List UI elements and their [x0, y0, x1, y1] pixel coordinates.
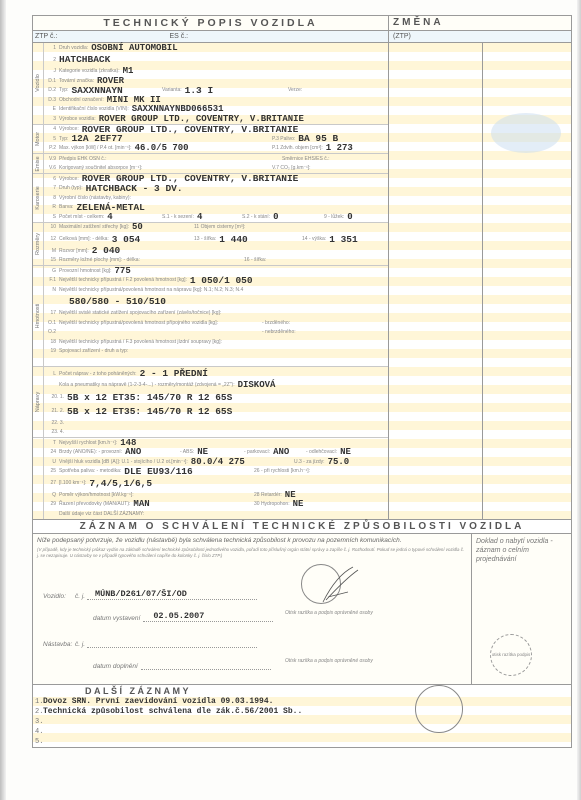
section-rozmery: Rozměry 10Maximální zatížení střechy [kg…	[33, 223, 388, 267]
approval-note: (V případě, kdy je technický průkaz vydá…	[37, 547, 465, 559]
field-num: O.1	[44, 320, 56, 326]
seats-total-value: 4	[107, 212, 112, 222]
vin-value: SAXXNNAYNBD066531	[132, 104, 224, 114]
field-label: Největší technicky přípustná / F.3 povol…	[59, 339, 222, 345]
field-num: 24	[44, 449, 56, 455]
section-label-napravy: Nápravy	[35, 392, 41, 412]
field-label: Vnější hluk vozidla [dB (A)]: U.1 - stoj…	[59, 459, 188, 465]
field-label: U.3 - za jízdy:	[294, 459, 325, 465]
acquisition-document-label: Doklad o nabytí vozidla - záznam o celní…	[476, 537, 567, 564]
supplement-date-label: datum doplnění	[93, 663, 138, 670]
approval-title: ZÁZNAM O SCHVÁLENÍ TECHNICKÉ ZPŮSOBILOST…	[33, 519, 571, 534]
field-label: Řazení převodovky (MAN/AUT):	[59, 501, 130, 507]
field-num: O.2	[44, 329, 56, 335]
vehicle-manufacturer-value: ROVER GROUP LTD., COVENTRY, V.BRITANIE	[99, 114, 304, 124]
berths-value: 0	[347, 212, 352, 222]
field-label: Spojovací zařízení - druh a typ:	[59, 348, 128, 354]
abs-value: NE	[197, 447, 208, 457]
field-label: 28 Retardér:	[254, 492, 282, 498]
field-label: Výrobce:	[59, 176, 79, 182]
field-num: 22. 3.	[44, 420, 64, 426]
section-label-emise: Emise	[35, 156, 41, 171]
field-label: Výrobce:	[59, 126, 79, 132]
field-label: Poměr výkon/hmotnost [kW.kg⁻¹]:	[59, 492, 134, 498]
vehicle-cj-field: Vozidlo: č. j. MÚNB/D261/07/ŠI/OD	[43, 590, 257, 600]
body-cj-label: č. j.	[75, 641, 87, 648]
field-label: P.3 Palivo:	[272, 136, 295, 142]
field-label: Počet náprav - z toho poháněných:	[59, 371, 137, 377]
change-title: ZMĚNA	[389, 16, 571, 30]
section-emise: Emise V.9Předpis EHK OSN č.: Směrnice EH…	[33, 154, 388, 174]
section-karoserie: Karoserie 6Výrobce:ROVER GROUP LTD., COV…	[33, 174, 388, 223]
field-num: 17	[44, 310, 56, 316]
section-label-rozmery: Rozměry	[35, 233, 41, 255]
width-value: 1 440	[219, 234, 248, 245]
field-num: 15	[44, 257, 56, 263]
field-num: E	[44, 106, 56, 112]
body-label: Nástavba:	[43, 641, 75, 648]
field-num: 29	[44, 501, 56, 507]
field-num: 2	[44, 57, 56, 63]
field-label: Varianta:	[162, 87, 182, 93]
field-num: 1	[44, 45, 56, 51]
noise-driving-value: 75.0	[328, 457, 350, 467]
field-label: Max. výkon [kW] / P.4 ot. [min⁻¹]:	[59, 145, 132, 151]
vehicle-label: Vozidlo:	[43, 593, 75, 600]
noise-value: 80.0/4 275	[191, 457, 245, 467]
field-num: 20. 1.	[44, 394, 64, 400]
approval-section: Níže podepsaný potvrzuje, že vozidlu (ná…	[33, 534, 571, 684]
ztp-label: ZTP č.:	[33, 31, 57, 42]
section-label-vozidlo: Vozidlo	[35, 74, 41, 92]
field-num: 7	[44, 185, 56, 191]
supplement-date-field: datum doplnění	[93, 660, 271, 670]
field-num: T	[44, 440, 56, 446]
change-columns	[389, 43, 571, 519]
field-num: R	[44, 204, 56, 210]
max-speed-value: 148	[120, 438, 136, 448]
gearbox-value: MAN	[133, 499, 149, 509]
note-row: 5.	[33, 737, 571, 747]
field-num: J	[44, 68, 56, 74]
change-column-1	[389, 43, 483, 519]
field-num: P.2	[44, 145, 56, 151]
note-text: Dovoz SRN. První zaevidování vozidla 09.…	[43, 697, 273, 706]
signature-caption-2: Otisk razítka a podpis oprávněné osoby	[285, 658, 373, 664]
field-num: 12	[44, 236, 56, 242]
field-label: Verze:	[288, 87, 302, 93]
cj-label: č. j.	[75, 593, 87, 600]
roof-load-value: 50	[132, 222, 143, 232]
note-row: 2.Technická způsobilost schválena dle zá…	[33, 707, 571, 717]
field-label: Druh vozidla:	[59, 45, 88, 51]
field-label: Kola a pneumatiky na nápravě (1-2-3-4-..…	[59, 382, 235, 388]
signature-icon	[318, 562, 363, 607]
power-value: 46.0/5 700	[135, 143, 189, 153]
field-label: Počet míst - celkem:	[59, 214, 104, 220]
section-other: TNejvyšší rychlost [km.h⁻¹]:148 24Brzdy …	[33, 438, 388, 519]
field-label: 13 - šířka:	[194, 236, 216, 242]
body-cj-field: Nástavba: č. j.	[43, 638, 257, 648]
form-body: Vozidlo 1Druh vozidla:OSOBNÍ AUTOMOBIL 2…	[33, 43, 571, 519]
field-label: 9 - lůžek:	[324, 214, 344, 220]
field-label: Typ:	[59, 136, 68, 142]
field-label: Výrobce vozidla:	[59, 116, 96, 122]
field-label: V.7 CO₂ [g.km⁻¹]:	[272, 165, 311, 171]
note-number: 3.	[35, 718, 43, 726]
field-label: - ABS:	[180, 449, 194, 455]
field-label: Provozní hmotnost [kg]:	[59, 268, 112, 274]
field-num: D.1	[44, 78, 56, 84]
field-label: Největší svislé statické zatížení spojov…	[59, 310, 221, 316]
retarder-brake-value: NE	[340, 447, 351, 457]
field-label: Další údaje viz část DALŠÍ ZÁZNAMY:	[59, 511, 144, 517]
tyre-axle-2-value: 5B x 12 ET35: 145/70 R 12 65S	[67, 406, 232, 417]
note-row: 1.Dovoz SRN. První zaevidování vozidla 0…	[33, 697, 571, 707]
trade-name-value: MINI MK II	[107, 95, 161, 105]
field-label: Rozměry ložné plochy [mm]: - délka:	[59, 257, 140, 263]
hydro-drive-value: NE	[293, 499, 304, 509]
field-label: - brzděného:	[262, 320, 290, 326]
field-label: Brzdy (ANO/NE): - provozní:	[59, 449, 122, 455]
vehicle-kind-value: OSOBNÍ AUTOMOBIL	[91, 43, 177, 53]
seats-sitting-value: 4	[197, 212, 202, 222]
field-label: Identifikační číslo vozidla (VIN):	[59, 106, 129, 112]
field-num: 5	[44, 136, 56, 142]
official-stamp-2	[415, 685, 463, 733]
field-num: L	[44, 371, 56, 377]
retarder-value: NE	[285, 490, 296, 500]
field-label: Tovární značka:	[59, 78, 94, 84]
issue-date-label: datum vystavení	[93, 615, 140, 622]
signature-caption: Otisk razítka a podpis oprávněné osoby	[285, 610, 373, 616]
length-value: 3 054	[112, 234, 141, 245]
document-header: TECHNICKÝ POPIS VOZIDLA ZMĚNA	[33, 16, 571, 31]
section-motor: Motor 4Výrobce:ROVER GROUP LTD., COVENTR…	[33, 125, 388, 155]
displacement-value: 1 273	[326, 143, 353, 153]
field-label: S.1 - k sezení:	[162, 214, 194, 220]
field-num: 8	[44, 195, 56, 201]
field-label: Barva:	[59, 204, 73, 210]
parking-brake-value: ANO	[273, 447, 289, 457]
field-num: 3	[44, 116, 56, 122]
cj-value: MÚNB/D261/07/ŠI/OD	[95, 589, 187, 599]
section-label-karoserie: Karoserie	[35, 186, 41, 210]
axle-weight-value: 580/580 - 510/510	[69, 296, 166, 307]
field-num: 21. 2.	[44, 408, 64, 414]
technical-description-document: TECHNICKÝ POPIS VOZIDLA ZMĚNA ZTP č.: ES…	[32, 15, 572, 748]
field-label: Největší technicky přípustná / F.2 povol…	[59, 277, 187, 283]
ztp-change-label: (ZTP)	[389, 31, 571, 42]
notes-list: 1.Dovoz SRN. První zaevidování vozidla 0…	[33, 697, 571, 747]
field-num: Q	[44, 492, 56, 498]
body-style-value: HATCHBACK	[59, 54, 110, 65]
field-label: 30 Hydropohon:	[254, 501, 290, 507]
document-subheader: ZTP č.: ES č.: (ZTP)	[33, 31, 571, 43]
height-value: 1 351	[329, 234, 358, 245]
faint-stamp	[491, 113, 561, 153]
es-label: ES č.:	[167, 31, 188, 42]
field-num: V.6	[44, 165, 56, 171]
field-label: Celková [mm]: - délka:	[59, 236, 109, 242]
field-label: [l.100 km⁻¹]:	[59, 480, 86, 486]
field-label: - odlehčovací:	[306, 449, 337, 455]
stamp-placeholder: otisk razítka podpis	[490, 634, 532, 676]
note-text: Technická způsobilost schválena dle zák.…	[43, 707, 302, 716]
field-num: 6	[44, 176, 56, 182]
section-hmotnosti: Hmotnosti GProvozní hmotnost [kg]:775 F.…	[33, 266, 388, 367]
issue-date-field: datum vystavení 02.05.2007	[93, 612, 273, 622]
field-num: F.1	[44, 277, 56, 283]
field-label: 11 Objem cisterny [m³]:	[194, 224, 245, 230]
note-number: 5.	[35, 738, 43, 746]
field-label: - nebrzděného:	[262, 329, 296, 335]
seats-standing-value: 0	[273, 212, 278, 222]
field-label: Obchodní označení:	[59, 97, 104, 103]
field-num: D.2	[44, 87, 56, 93]
category-value: M1	[123, 66, 134, 76]
note-number: 2.	[35, 708, 43, 716]
section-label-hmotnosti: Hmotnosti	[35, 303, 41, 328]
note-number: 4.	[35, 728, 43, 736]
field-num: S	[44, 214, 56, 220]
field-label: Výrobní číslo (nástavby, kabiny):	[59, 195, 131, 201]
field-label: S.2 - k stání:	[242, 214, 270, 220]
note-row: 3.	[33, 717, 571, 727]
field-num: 19	[44, 348, 56, 354]
issue-date-value: 02.05.2007	[153, 611, 204, 621]
field-num: G	[44, 268, 56, 274]
field-num: V.9	[44, 156, 56, 162]
wheels-value: DISKOVÁ	[238, 380, 276, 390]
field-label: Směrnice EHS/ES č.:	[282, 156, 330, 162]
field-label: Maximální zatížení střechy [kg]:	[59, 224, 129, 230]
field-num: 4	[44, 126, 56, 132]
field-label: Druh (typ):	[59, 185, 83, 191]
field-num: D.3	[44, 97, 56, 103]
field-label: Korigovaný součinitel absorpce [m⁻¹]:	[59, 165, 142, 171]
service-brake-value: ANO	[125, 447, 141, 457]
field-num: M	[44, 248, 56, 254]
field-num: 25	[44, 468, 56, 474]
approval-statement: Níže podepsaný potvrzuje, že vozidlu (ná…	[37, 537, 402, 544]
section-napravy: Nápravy LPočet náprav - z toho poháněnýc…	[33, 367, 388, 439]
field-label: 14 - výška:	[302, 236, 326, 242]
field-num: 10	[44, 224, 56, 230]
field-num: 23. 4.	[44, 429, 64, 435]
field-num: N	[44, 287, 56, 293]
field-label: Spotřeba paliva: - metodika:	[59, 468, 121, 474]
field-label: Typ:	[59, 87, 68, 93]
page-edge-right	[577, 0, 581, 800]
field-label: Nejvyšší rychlost [km.h⁻¹]:	[59, 440, 117, 446]
form-fields: Vozidlo 1Druh vozidla:OSOBNÍ AUTOMOBIL 2…	[33, 43, 389, 519]
field-label: P.1 Zdvih. objem [cm³]:	[272, 145, 323, 151]
note-number: 1.	[35, 698, 43, 706]
field-label: 16 - šířka:	[244, 257, 266, 263]
tyre-axle-1-value: 5B x 12 ET35: 145/70 R 12 65S	[67, 392, 232, 403]
field-label: 26 - při rychlosti [km.h⁻¹]:	[254, 468, 310, 474]
field-label: Největší technicky přípustná/povolená hm…	[59, 320, 218, 326]
field-num: U	[44, 459, 56, 465]
page-edge-left	[0, 0, 6, 800]
section-label-motor: Motor	[35, 132, 41, 146]
axles-value: 2 - 1 PŘEDNÍ	[140, 368, 208, 379]
note-row: 4.	[33, 727, 571, 737]
notes-title: DALŠÍ ZÁZNAMY	[33, 684, 571, 697]
document-title: TECHNICKÝ POPIS VOZIDLA	[33, 16, 389, 30]
field-label: Největší technicky přípustná/povolená hm…	[59, 287, 243, 293]
field-label: Rozvor [mm]:	[59, 248, 89, 254]
section-vozidlo: Vozidlo 1Druh vozidla:OSOBNÍ AUTOMOBIL 2…	[33, 43, 388, 125]
change-column-2	[483, 43, 571, 519]
field-label: Předpis EHK OSN č.:	[59, 156, 107, 162]
curb-weight-value: 775	[115, 266, 131, 276]
field-num: 27	[44, 480, 56, 486]
field-label: Kategorie vozidla (zkratka):	[59, 68, 120, 74]
field-num: 18	[44, 339, 56, 345]
consumption-value: 7,4/5,1/6,5	[89, 478, 152, 489]
field-label: - parkovací:	[244, 449, 270, 455]
